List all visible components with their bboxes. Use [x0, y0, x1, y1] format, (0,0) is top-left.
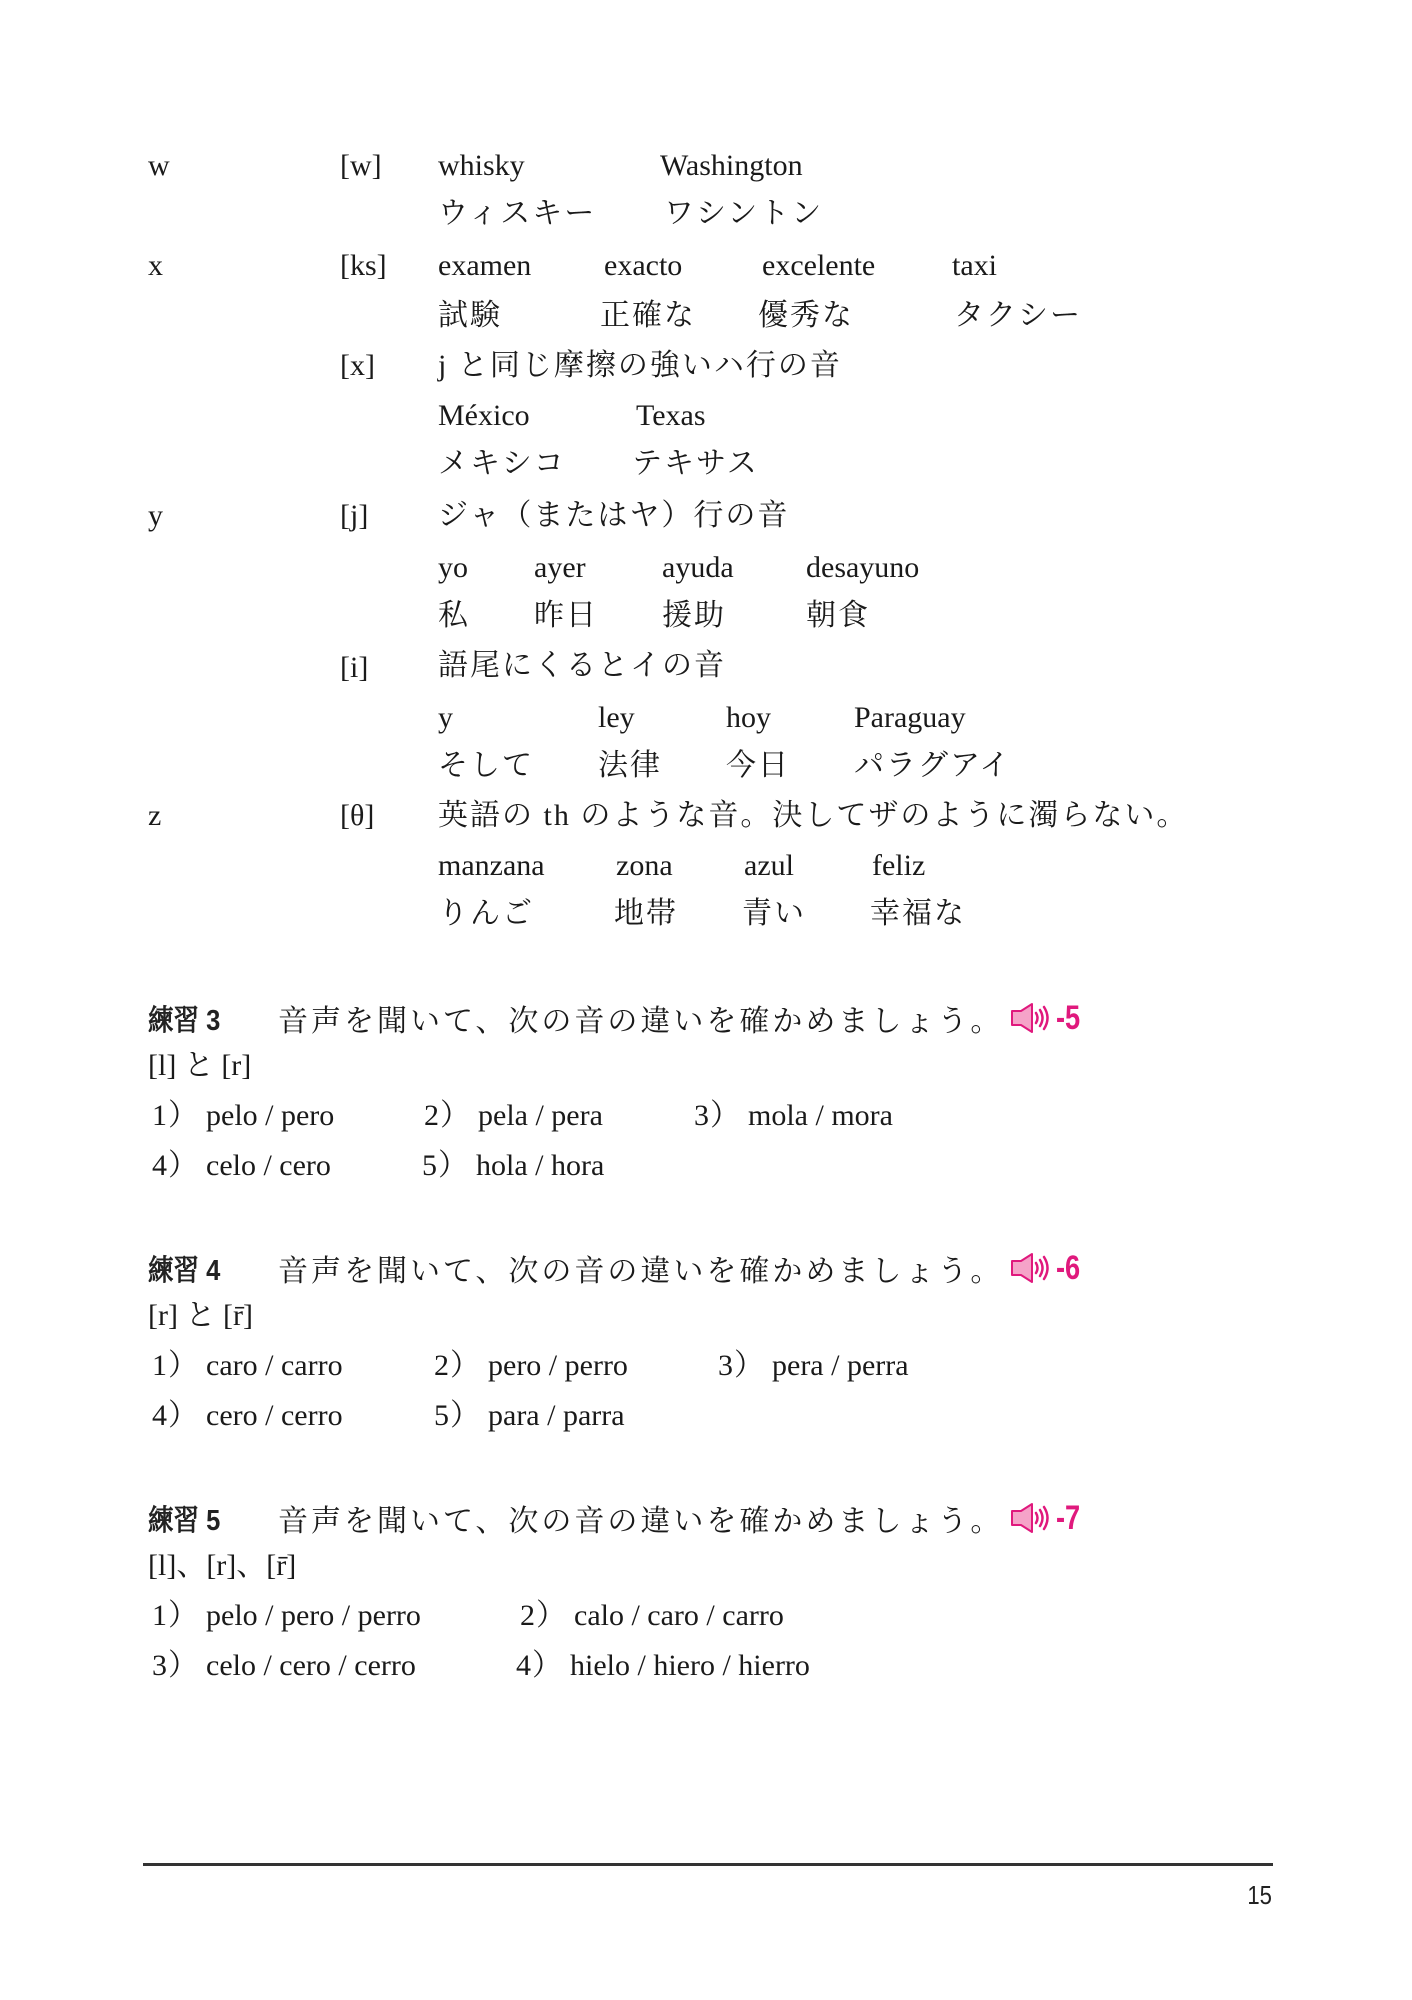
exercise-item: 4）hielo / hiero / hierro	[516, 1648, 810, 1684]
gloss: 青い	[742, 896, 806, 932]
audio-track-button[interactable]: -6	[1010, 1249, 1086, 1288]
exercise-instruction: 音声を聞いて、次の音の違いを確かめましょう。	[278, 996, 998, 1040]
gloss: 優秀な	[758, 298, 854, 334]
word: Washington	[660, 148, 803, 184]
audio-track-button[interactable]: -7	[1010, 1499, 1086, 1538]
word: zona	[616, 848, 673, 884]
page-number: 15	[1247, 1880, 1272, 1911]
exercise-label: 練習 3	[148, 998, 245, 1039]
speaker-icon	[1010, 1252, 1052, 1284]
exercise-4-header: 練習 4 音声を聞いて、次の音の違いを確かめましょう。 -6	[148, 1248, 1086, 1288]
gloss: 正確な	[600, 298, 696, 334]
ipa-y-j: [j]	[340, 498, 368, 534]
textbook-page: w [w] whisky Washington ウィスキー ワシントン x [k…	[0, 0, 1412, 2000]
exercise-item: 2）pero / perro	[434, 1348, 628, 1384]
exercise-3-header: 練習 3 音声を聞いて、次の音の違いを確かめましょう。 -5	[148, 998, 1086, 1038]
word: hoy	[726, 700, 771, 736]
footer-rule	[143, 1863, 1273, 1866]
exercise-5-header: 練習 5 音声を聞いて、次の音の違いを確かめましょう。 -7	[148, 1498, 1086, 1538]
word: Paraguay	[854, 700, 966, 736]
exercise-item: 1）pelo / pero	[152, 1098, 334, 1134]
contrast-label: [l]、[r]、[r̄]	[148, 1548, 296, 1584]
exercise-item: 2）calo / caro / carro	[520, 1598, 784, 1634]
word: Texas	[636, 398, 706, 434]
speaker-icon	[1010, 1002, 1052, 1034]
speaker-icon	[1010, 1502, 1052, 1534]
letter-x: x	[148, 248, 163, 284]
word: ley	[598, 700, 635, 736]
exercise-item: 3）celo / cero / cerro	[152, 1648, 416, 1684]
word: whisky	[438, 148, 525, 184]
word: taxi	[952, 248, 997, 284]
note: ジャ（またはヤ）行の音	[438, 498, 789, 534]
word: examen	[438, 248, 531, 284]
gloss: 今日	[726, 748, 790, 784]
exercise-label: 練習 4	[148, 1248, 245, 1289]
letter-w: w	[148, 148, 170, 184]
ipa-x-x: [x]	[340, 348, 375, 384]
gloss: りんご	[438, 896, 534, 932]
word: feliz	[872, 848, 925, 884]
exercise-item: 1）caro / carro	[152, 1348, 343, 1384]
ipa-y-i: [i]	[340, 650, 368, 686]
exercise-item: 4）cero / cerro	[152, 1398, 343, 1434]
word: desayuno	[806, 550, 919, 586]
exercise-item: 3）pera / perra	[718, 1348, 909, 1384]
note: 英語の th のような音。決してザのように濁らない。	[438, 798, 1188, 834]
contrast-label: [l] と [r]	[148, 1048, 251, 1084]
gloss: パラグアイ	[854, 748, 1011, 784]
exercise-item: 5）hola / hora	[422, 1148, 604, 1184]
ipa-x-ks: [ks]	[340, 248, 387, 284]
exercise-instruction: 音声を聞いて、次の音の違いを確かめましょう。	[278, 1246, 998, 1290]
letter-y: y	[148, 498, 163, 534]
word: exacto	[604, 248, 682, 284]
gloss: 援助	[662, 598, 726, 634]
gloss: ワシントン	[664, 196, 823, 232]
ipa-w: [w]	[340, 148, 382, 184]
track-number: -5	[1056, 999, 1080, 1038]
gloss: タクシー	[954, 298, 1082, 334]
gloss: そして	[438, 748, 534, 784]
word: manzana	[438, 848, 545, 884]
gloss: 試験	[438, 298, 502, 334]
word: México	[438, 398, 530, 434]
gloss: 私	[438, 598, 470, 634]
note: 語尾にくるとイの音	[438, 648, 726, 684]
exercise-item: 1）pelo / pero / perro	[152, 1598, 421, 1634]
word: yo	[438, 550, 468, 586]
word: ayuda	[662, 550, 734, 586]
letter-z: z	[148, 798, 161, 834]
gloss: 幸福な	[870, 896, 966, 932]
exercise-item: 2）pela / pera	[424, 1098, 603, 1134]
gloss: 地帯	[614, 896, 678, 932]
word: y	[438, 700, 453, 736]
gloss: テキサス	[632, 446, 759, 482]
gloss: ウィスキー	[438, 196, 596, 232]
word: ayer	[534, 550, 586, 586]
note: j と同じ摩擦の強いハ行の音	[438, 348, 842, 384]
ipa-z: [θ]	[340, 798, 374, 834]
exercise-item: 5）para / parra	[434, 1398, 625, 1434]
exercise-label: 練習 5	[148, 1498, 245, 1539]
gloss: メキシコ	[438, 446, 566, 482]
exercise-item: 4）celo / cero	[152, 1148, 331, 1184]
gloss: 朝食	[806, 598, 870, 634]
track-number: -6	[1056, 1249, 1080, 1288]
word: excelente	[762, 248, 875, 284]
gloss: 法律	[598, 748, 662, 784]
track-number: -7	[1056, 1499, 1080, 1538]
contrast-label: [r] と [r̄]	[148, 1298, 253, 1334]
word: azul	[744, 848, 794, 884]
gloss: 昨日	[534, 598, 598, 634]
audio-track-button[interactable]: -5	[1010, 999, 1086, 1038]
exercise-instruction: 音声を聞いて、次の音の違いを確かめましょう。	[278, 1496, 998, 1540]
exercise-item: 3）mola / mora	[694, 1098, 893, 1134]
